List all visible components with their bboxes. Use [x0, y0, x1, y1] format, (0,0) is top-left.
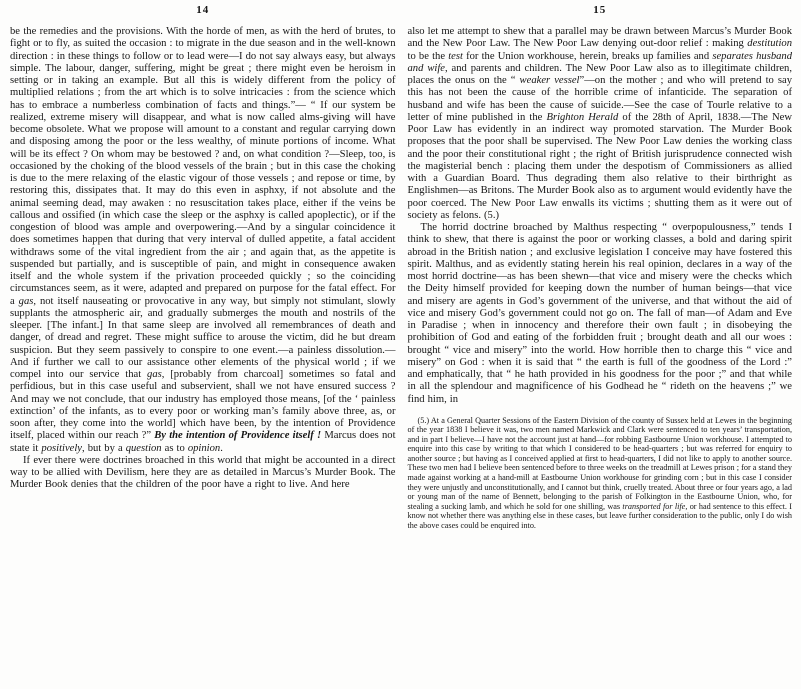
paragraph: The horrid doctrine broached by Malthus … [408, 222, 793, 406]
paragraph: also let me attempt to shew that a paral… [408, 26, 793, 222]
page-15-body: also let me attempt to shew that a paral… [408, 26, 793, 406]
book-scan: 14 be the remedies and the provisions. W… [0, 0, 801, 689]
paragraph: be the remedies and the provisions. With… [10, 26, 396, 455]
page-14: 14 be the remedies and the provisions. W… [0, 0, 401, 689]
footnote-5: (5.) At a General Quarter Sessions of th… [408, 416, 793, 531]
page-number-right: 15 [408, 4, 793, 16]
paragraph: If ever there were doctrines broached in… [10, 455, 396, 492]
page-14-body: be the remedies and the provisions. With… [10, 26, 396, 492]
footnote-text: (5.) At a General Quarter Sessions of th… [408, 416, 793, 531]
page-number-left: 14 [10, 4, 396, 16]
page-15: 15 also let me attempt to shew that a pa… [401, 0, 801, 689]
